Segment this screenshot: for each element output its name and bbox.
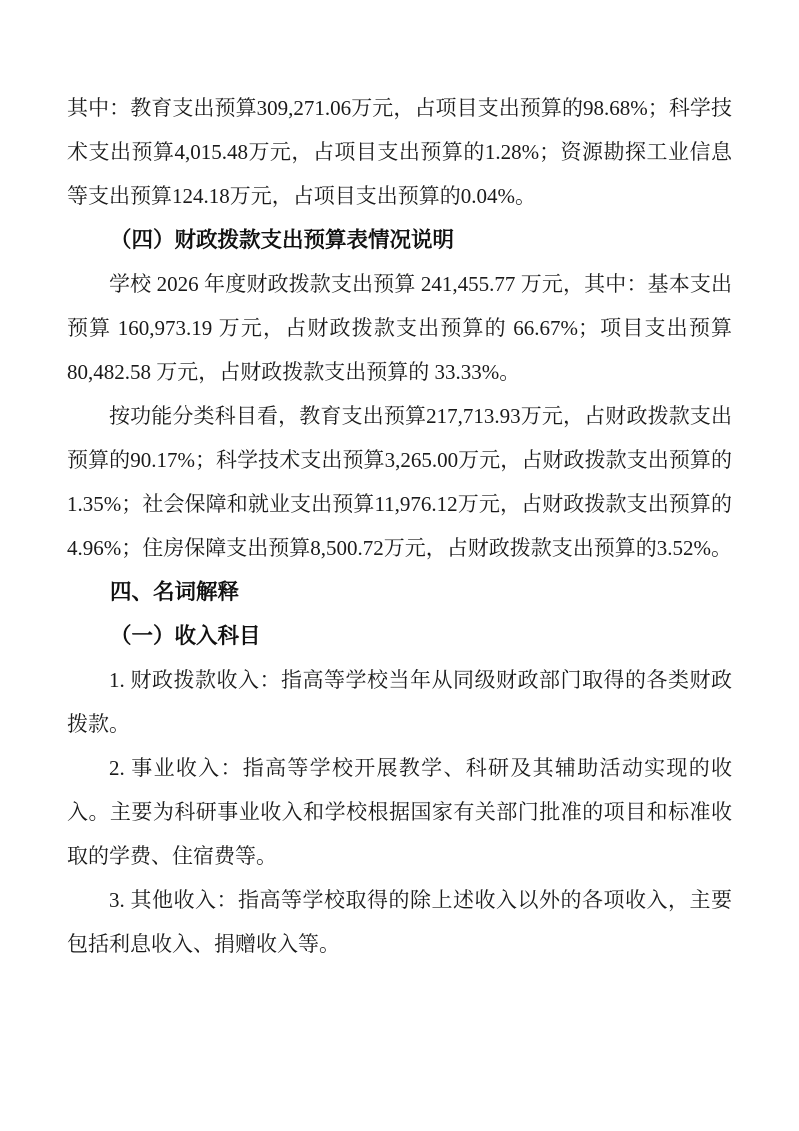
paragraph: 3. 其他收入：指高等学校取得的除上述收入以外的各项收入，主要包括利息收入、捐赠… xyxy=(67,878,732,966)
paragraph: 1. 财政拨款收入：指高等学校当年从同级财政部门取得的各类财政拨款。 xyxy=(67,658,732,746)
paragraph: 2. 事业收入：指高等学校开展教学、科研及其辅助活动实现的收入。主要为科研事业收… xyxy=(67,746,732,878)
document-content: 其中：教育支出预算309,271.06万元，占项目支出预算的98.68%；科学技… xyxy=(67,86,732,966)
document-page: 其中：教育支出预算309,271.06万元，占项目支出预算的98.68%；科学技… xyxy=(0,0,799,1131)
paragraph: 学校 2026 年度财政拨款支出预算 241,455.77 万元，其中：基本支出… xyxy=(67,262,732,394)
section-heading: 四、名词解释 xyxy=(67,570,732,614)
section-heading: （四）财政拨款支出预算表情况说明 xyxy=(67,218,732,262)
paragraph: 按功能分类科目看，教育支出预算217,713.93万元，占财政拨款支出预算的90… xyxy=(67,394,732,570)
paragraph: 其中：教育支出预算309,271.06万元，占项目支出预算的98.68%；科学技… xyxy=(67,86,732,218)
section-heading: （一）收入科目 xyxy=(67,614,732,658)
